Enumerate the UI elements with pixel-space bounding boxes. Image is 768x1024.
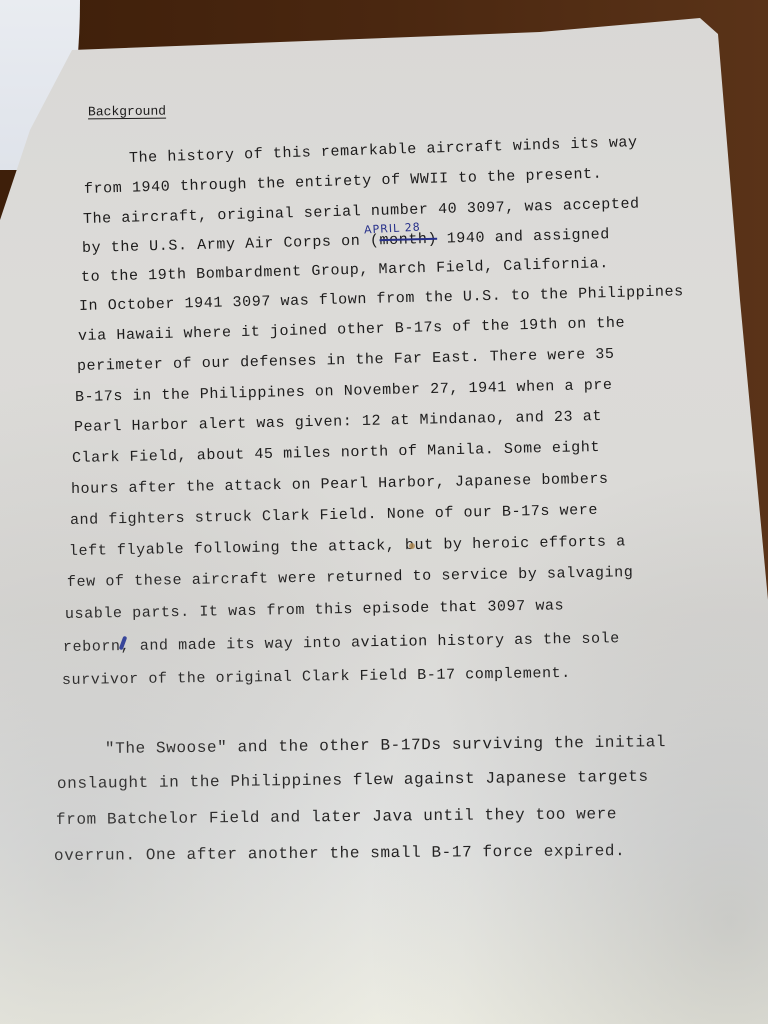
paragraph-1-line: via Hawaii where it joined other B-17s o… xyxy=(78,315,626,345)
paragraph-1-line: usable parts. It was from this episode t… xyxy=(65,597,565,623)
paragraph-1-line-with-correction: by the U.S. Army Air Corps on (month) 19… xyxy=(82,226,610,257)
paragraph-2-line: "The Swoose" and the other B-17Ds surviv… xyxy=(105,733,666,758)
section-heading: Background xyxy=(88,104,166,120)
paragraph-1-line: few of these aircraft were returned to s… xyxy=(67,564,634,591)
paragraph-1-line: and fighters struck Clark Field. None of… xyxy=(70,502,598,529)
paper-stain xyxy=(409,543,415,549)
paragraph-1-line: The aircraft, original serial number 40 … xyxy=(83,195,640,228)
paragraph-1-line: to the 19th Bombardment Group, March Fie… xyxy=(81,255,609,286)
paragraph-1-line: hours after the attack on Pearl Harbor, … xyxy=(71,471,609,498)
paragraph-1-line: In October 1941 3097 was flown from the … xyxy=(79,283,684,315)
line-end: 1940 and assigned xyxy=(437,226,610,248)
paragraph-1-line: left flyable following the attack, but b… xyxy=(69,533,626,560)
paragraph-1-line: perimeter of our defenses in the Far Eas… xyxy=(77,346,615,375)
paragraph-1-line: Clark Field, about 45 miles north of Man… xyxy=(72,439,600,467)
paragraph-1-line: from 1940 through the entirety of WWII t… xyxy=(84,166,603,198)
typewritten-page: Background The history of this remarkabl… xyxy=(0,0,768,1024)
paragraph-2-line: onslaught in the Philippines flew agains… xyxy=(57,768,649,793)
paragraph-1-line: B-17s in the Philippines on November 27,… xyxy=(75,377,613,406)
paragraph-2-line: from Batchelor Field and later Java unti… xyxy=(56,805,617,829)
paragraph-1-line: reborn, and made its way into aviation h… xyxy=(63,630,620,656)
paragraph-2-line: overrun. One after another the small B-1… xyxy=(54,842,625,865)
line-start: by the U.S. Army Air Corps on ( xyxy=(82,232,380,257)
paragraph-1-line: The history of this remarkable aircraft … xyxy=(129,134,638,167)
paragraph-1-line: Pearl Harbor alert was given: 12 at Mind… xyxy=(74,408,602,436)
paragraph-1-line: survivor of the original Clark Field B-1… xyxy=(62,665,571,689)
